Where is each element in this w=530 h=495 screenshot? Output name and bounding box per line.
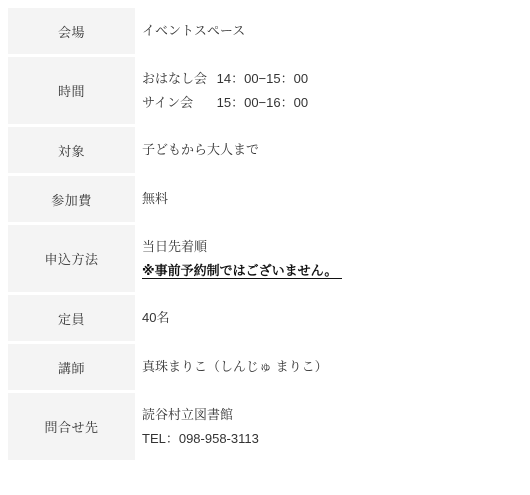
row-header-audience: 対象 [8, 127, 135, 173]
contact-name-text: 読谷村立図書館 [142, 403, 522, 427]
schedule-line-storytime: おはなし会 14：00−15：00 [142, 67, 522, 91]
schedule-activity-signing: サイン会 [142, 91, 213, 115]
fee-text: 無料 [142, 187, 522, 211]
contact-tel-text: TEL：098-958-3113 [142, 427, 522, 451]
page: 会場 イベントスペース 時間 おはなし会 14：00−15：00 サイン会 15… [0, 0, 530, 460]
schedule-activity-storytime: おはなし会 [142, 67, 213, 91]
schedule-time-signing: 15：00−16：00 [217, 95, 308, 110]
table-row-fee: 参加費 無料 [8, 176, 522, 222]
table-row-time: 時間 おはなし会 14：00−15：00 サイン会 15：00−16：00 [8, 57, 522, 124]
table-row-audience: 対象 子どもから大人まで [8, 127, 522, 173]
table-row-venue: 会場 イベントスペース [8, 8, 522, 54]
lecturer-text: 真珠まりこ（しんじゅ まりこ） [142, 355, 522, 379]
application-note-line: ※事前予約制ではございません。 [142, 259, 522, 283]
capacity-text: 40名 [142, 306, 522, 330]
row-value-application: 当日先着順 ※事前予約制ではございません。 [135, 225, 522, 292]
row-value-lecturer: 真珠まりこ（しんじゅ まりこ） [135, 344, 522, 390]
venue-text: イベントスペース [142, 19, 522, 43]
schedule-line-signing: サイン会 15：00−16：00 [142, 91, 522, 115]
row-value-audience: 子どもから大人まで [135, 127, 522, 173]
row-header-application: 申込方法 [8, 225, 135, 292]
table-row-contact: 問合せ先 読谷村立図書館 TEL：098-958-3113 [8, 393, 522, 460]
event-info-table: 会場 イベントスペース 時間 おはなし会 14：00−15：00 サイン会 15… [8, 8, 522, 460]
row-value-fee: 無料 [135, 176, 522, 222]
application-note-emphasis: ※事前予約制ではございません。 [142, 263, 342, 279]
application-text: 当日先着順 [142, 235, 522, 259]
audience-text: 子どもから大人まで [142, 138, 522, 162]
row-header-fee: 参加費 [8, 176, 135, 222]
schedule-time-storytime: 14：00−15：00 [217, 71, 308, 86]
table-row-application: 申込方法 当日先着順 ※事前予約制ではございません。 [8, 225, 522, 292]
table-row-capacity: 定員 40名 [8, 295, 522, 341]
row-header-venue: 会場 [8, 8, 135, 54]
table-row-lecturer: 講師 真珠まりこ（しんじゅ まりこ） [8, 344, 522, 390]
row-value-capacity: 40名 [135, 295, 522, 341]
row-header-lecturer: 講師 [8, 344, 135, 390]
row-header-contact: 問合せ先 [8, 393, 135, 460]
row-header-time: 時間 [8, 57, 135, 124]
row-value-time: おはなし会 14：00−15：00 サイン会 15：00−16：00 [135, 57, 522, 124]
row-header-capacity: 定員 [8, 295, 135, 341]
row-value-venue: イベントスペース [135, 8, 522, 54]
row-value-contact: 読谷村立図書館 TEL：098-958-3113 [135, 393, 522, 460]
